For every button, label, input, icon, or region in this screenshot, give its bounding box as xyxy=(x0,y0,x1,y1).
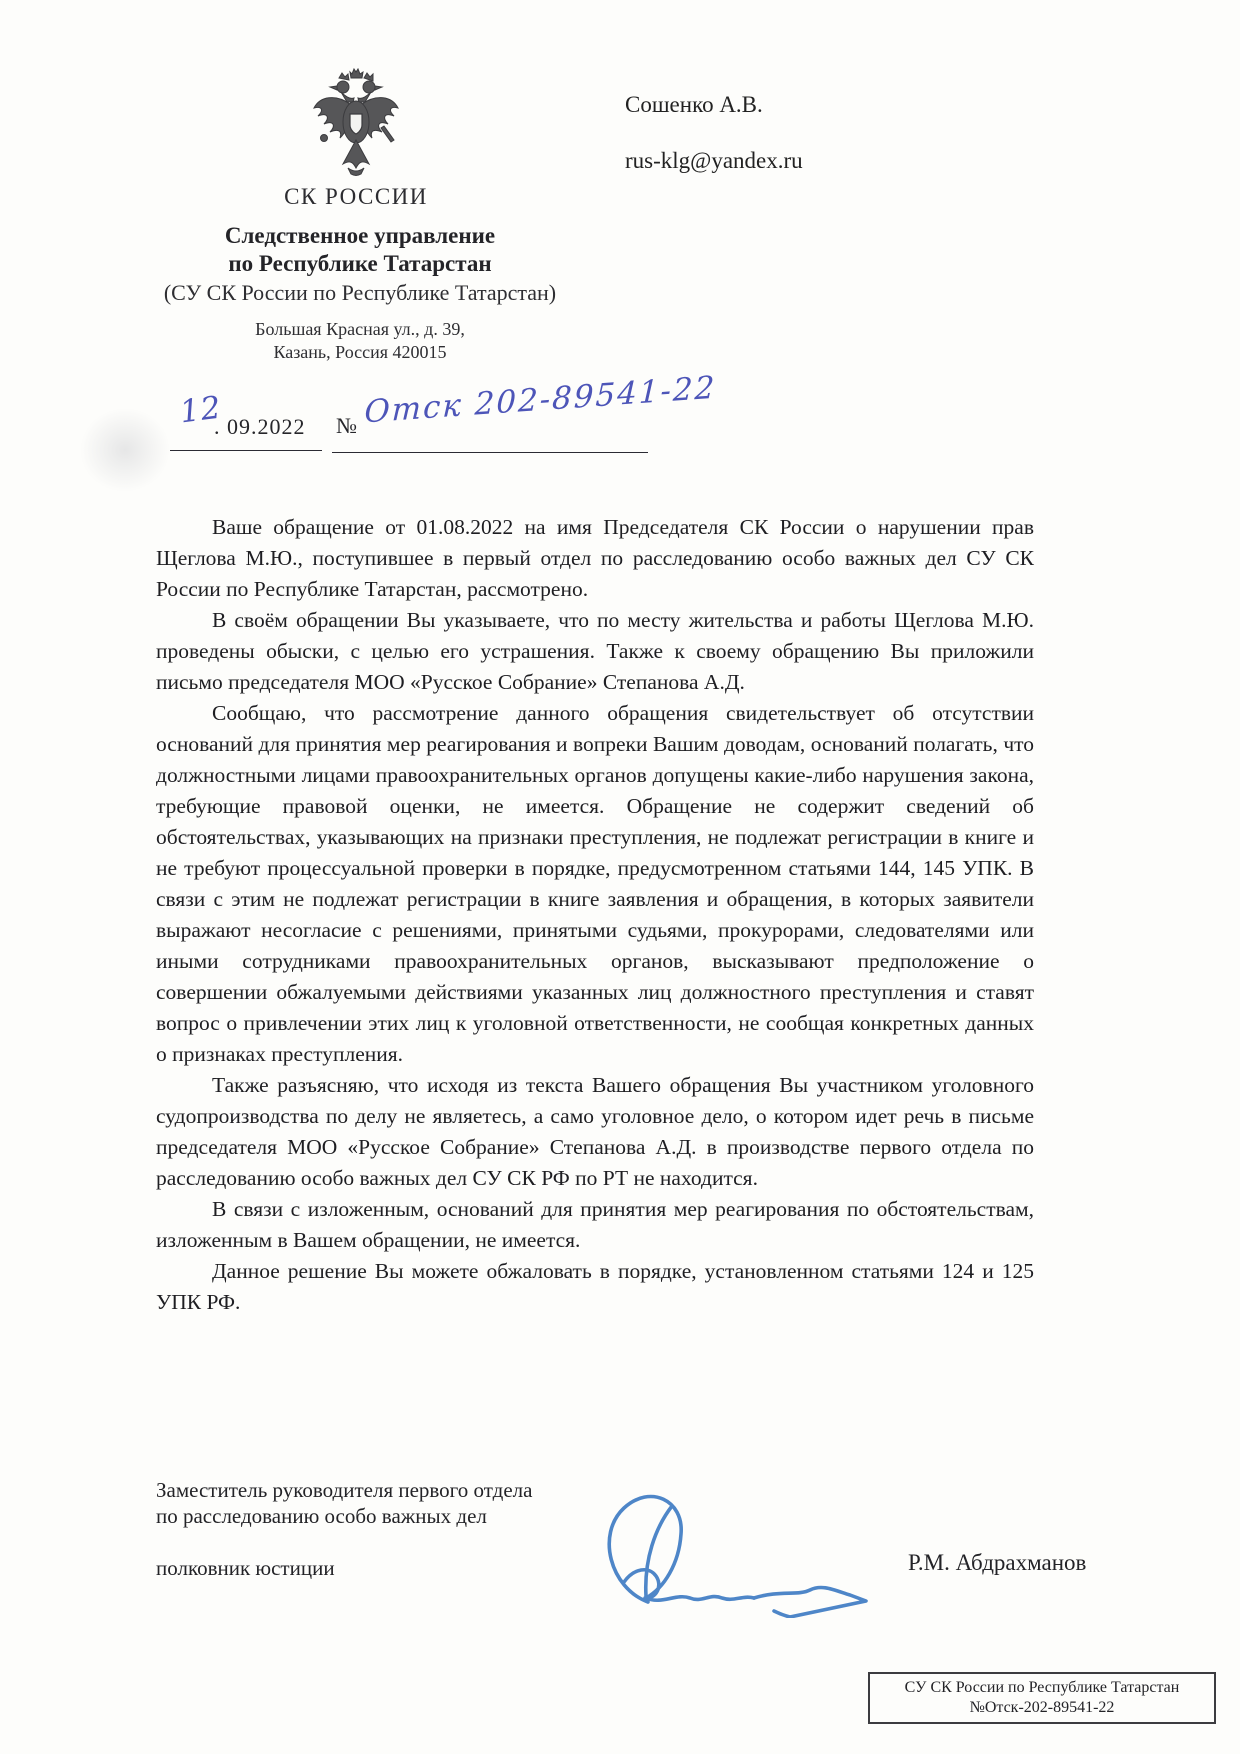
russia-coat-of-arms-icon xyxy=(306,64,406,184)
body-paragraph: Ваше обращение от 01.08.2022 на имя Пред… xyxy=(156,512,1034,605)
body-paragraph: Сообщаю, что рассмотрение данного обраще… xyxy=(156,698,1034,1070)
recipient-name: Сошенко А.В. xyxy=(625,92,763,118)
agency-name: СК РОССИИ xyxy=(236,184,476,210)
address-line1: Большая Красная ул., д. 39, xyxy=(150,319,570,340)
letter-body: Ваше обращение от 01.08.2022 на имя Пред… xyxy=(156,512,1034,1318)
number-underline xyxy=(332,452,648,453)
stamp-number: №Отск-202-89541-22 xyxy=(870,1699,1214,1717)
recipient-email: rus-klg@yandex.ru xyxy=(625,148,803,174)
address-line2: Казань, Россия 420015 xyxy=(150,342,570,363)
body-paragraph: В связи с изложенным, оснований для прин… xyxy=(156,1194,1034,1256)
body-paragraph: Данное решение Вы можете обжаловать в по… xyxy=(156,1256,1034,1318)
signer-name: Р.М. Абдрахманов xyxy=(908,1550,1086,1576)
signer-position-line1: Заместитель руководителя первого отдела xyxy=(156,1478,532,1503)
department-name-line2: по Республике Татарстан xyxy=(130,251,590,277)
department-name-line1: Следственное управление xyxy=(130,223,590,249)
body-paragraph: Также разъясняю, что исходя из текста Ва… xyxy=(156,1070,1034,1194)
signature-scribble xyxy=(552,1486,892,1618)
stamp-department: СУ СК России по Республике Татарстан xyxy=(870,1679,1214,1697)
outgoing-date-printed: . 09.2022 xyxy=(214,414,306,440)
scan-smudge xyxy=(80,408,170,492)
date-underline xyxy=(170,450,322,451)
outgoing-number-handwritten: Отск 202-89541-22 xyxy=(364,370,717,431)
body-paragraph: В своём обращении Вы указываете, что по … xyxy=(156,605,1034,698)
department-abbreviation: (СУ СК России по Республике Татарстан) xyxy=(110,280,610,306)
number-sign: № xyxy=(336,413,357,439)
registration-stamp-box: СУ СК России по Республике Татарстан №От… xyxy=(868,1672,1216,1724)
signer-rank: полковник юстиции xyxy=(156,1556,335,1581)
signer-position-line2: по расследованию особо важных дел xyxy=(156,1504,487,1529)
